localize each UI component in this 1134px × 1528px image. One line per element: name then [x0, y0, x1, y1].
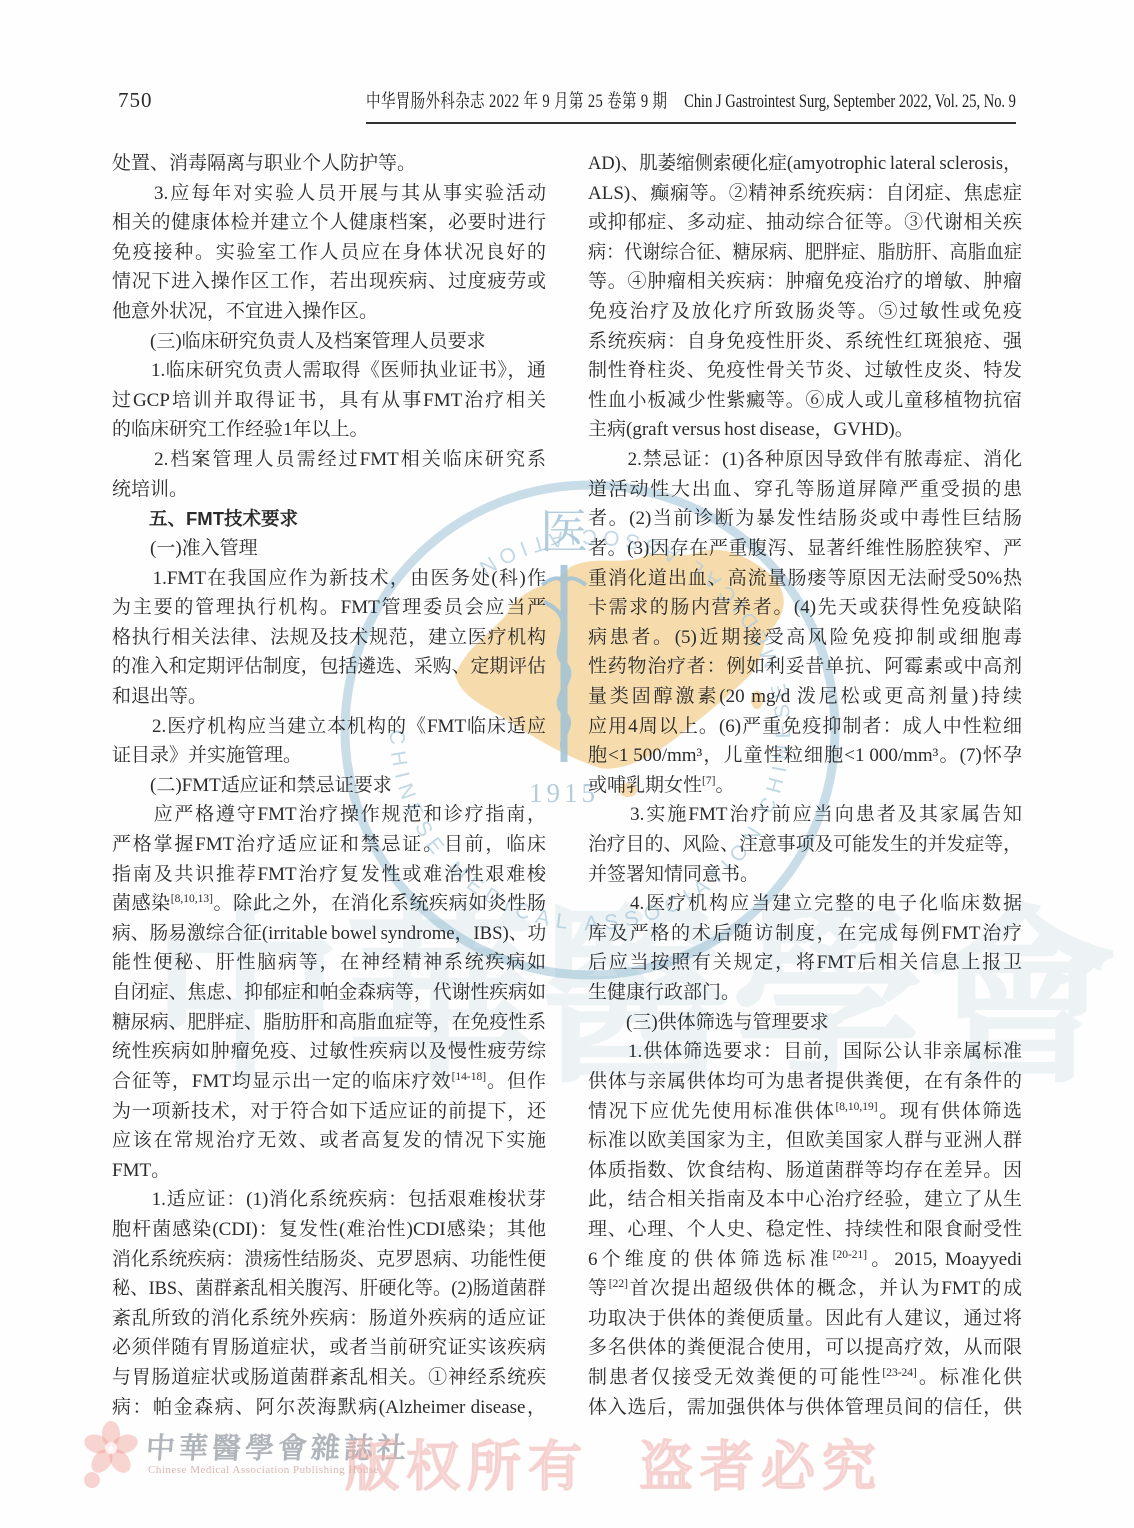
text-line: 为主要的管理执行机构。FMT管理委员会应当严	[112, 593, 546, 623]
text-line: 库及严格的术后随访制度，在完成每例FMT治疗	[588, 919, 1022, 949]
text-line: 严格掌握FMT治疗适应证和禁忌证。目前，临床	[112, 830, 546, 860]
left-column: 处置、消毒隔离与职业个人防护等。 3.应每年对实验人员开展与其从事实验活动相关的…	[112, 149, 546, 1422]
text-line: 指南及共识推荐FMT治疗复发性或难治性艰难梭	[112, 860, 546, 890]
text-line: 病：帕金森病、阿尔茨海默病(Alzheimer disease，	[112, 1393, 546, 1423]
text-line: 病、肠易激综合征(irritable bowel syndrome，IBS)、功	[112, 919, 540, 949]
text-line: 标准以欧美国家为主，但欧美国家人群与亚洲人群	[588, 1126, 1022, 1156]
text-line: 证目录》并实施管理。	[112, 741, 546, 771]
text-line: (一)准入管理	[112, 534, 546, 564]
text-line: FMT。	[112, 1156, 546, 1186]
text-line: 情况下应优先使用标准供体[8,10,19]。现有供体筛选	[588, 1097, 1022, 1127]
emblem-yi-char: 医	[540, 506, 588, 559]
right-column: AD)、肌萎缩侧索硬化症(amyotrophic lateral scleros…	[588, 149, 1022, 1422]
text-line: 系统疾病：自身免疫性肝炎、系统性红斑狼疮、强	[588, 327, 1022, 357]
journal-title-cn: 中华胃肠外科杂志 2022 年 9 月第 25 卷第 9 期	[366, 91, 667, 112]
text-line: 统性疾病如肿瘤免疫、过敏性疾病以及慢性疲劳综	[112, 1037, 546, 1067]
text-line: 能性便秘、肝性脑病等，在神经精神系统疾病如	[112, 948, 546, 978]
reference-superscript: [14-18]	[452, 1071, 487, 1083]
text-line: AD)、肌萎缩侧索硬化症(amyotrophic lateral scleros…	[588, 149, 1009, 179]
text-line: 1.临床研究负责人需取得《医师执业证书》，通	[112, 356, 546, 386]
text-line: 紊乱所致的消化系统外疾病：肠道外疾病的适应证	[112, 1304, 546, 1334]
copyright-watermark: 版权所有 盗者必究	[345, 1424, 883, 1501]
text-line: 必须伴随有胃肠道症状，或者当前研究证实该疾病	[112, 1333, 546, 1363]
text-line: 1.供体筛选要求：目前，国际公认非亲属标准	[588, 1037, 1022, 1067]
text-line: 供体与亲属供体均可为患者提供粪便，在有条件的	[588, 1067, 1022, 1097]
text-line: 五、FMT技术要求	[112, 504, 546, 534]
text-line: 处置、消毒隔离与职业个人防护等。	[112, 149, 546, 179]
text-line: 制性脊柱炎、免疫性骨关节炎、过敏性皮炎、特发	[588, 356, 1022, 386]
journal-header: 中华胃肠外科杂志 2022 年 9 月第 25 卷第 9 期Chin J Gas…	[366, 86, 1016, 124]
text-line: 他意外状况，不宜进入操作区。	[112, 297, 546, 327]
text-line: 相关的健康体检并建立个人健康档案，必要时进行	[112, 208, 546, 238]
text-line: 或抑郁症、多动症、抽动综合征等。③代谢相关疾	[588, 208, 1022, 238]
reference-superscript: [7]	[702, 775, 715, 787]
text-line: 病患者。(5)近期接受高风险免疫抑制或细胞毒	[588, 623, 1022, 653]
text-line: 道活动性大出血、穿孔等肠道屏障严重受损的患	[588, 475, 1022, 505]
text-line: 情况下进入操作区工作，若出现疾病、过度疲劳或	[112, 267, 546, 297]
text-line: 6个维度的供体筛选标准[20-21]。2015, Moayyedi	[588, 1245, 1022, 1275]
text-line: 菌感染[8,10,13]。除此之外，在消化系统疾病如炎性肠	[112, 889, 546, 919]
text-line: 体入选后，需加强供体与供体管理员间的信任，供	[588, 1393, 1022, 1423]
text-line: 后应当按照有关规定，将FMT后相关信息上报卫	[588, 948, 1022, 978]
text-line: 并签署知情同意书。	[588, 860, 1022, 890]
text-line: 合征等，FMT均显示出一定的临床疗效[14-18]。但作	[112, 1067, 546, 1097]
reference-superscript: [22]	[609, 1278, 628, 1290]
text-line: 等[22]首次提出超级供体的概念，并认为FMT的成	[588, 1274, 1022, 1304]
text-line: 性药物治疗者：例如利妥昔单抗、阿霉素或中高剂	[588, 652, 1022, 682]
publisher-name-cn: 中華醫學會雜誌社	[145, 1426, 412, 1467]
text-line: 应用4周以上。(6)严重免疫抑制者：成人中性粒细	[588, 712, 1022, 742]
text-line: 免疫接种。实验室工作人员应在身体状况良好的	[112, 238, 546, 268]
text-line: 和退出等。	[112, 682, 546, 712]
text-line: 糖尿病、肥胖症、脂肪肝和高脂血症等，在免疫性系	[112, 1008, 543, 1038]
text-line: 过GCP培训并取得证书，具有从事FMT治疗相关	[112, 386, 546, 416]
journal-title: 中华胃肠外科杂志 2022 年 9 月第 25 卷第 9 期Chin J Gas…	[366, 86, 1016, 113]
text-line: 病：代谢综合征、糖尿病、肥胖症、脂肪肝、高脂血症	[588, 238, 1001, 268]
text-line: 与胃肠道症状或肠道菌群紊乱相关。①神经系统疾	[112, 1363, 546, 1393]
text-line: 多名供体的粪便混合使用，可以提高疗效，从而限	[588, 1333, 1022, 1363]
text-line: 2.医疗机构应当建立本机构的《FMT临床适应	[112, 712, 546, 742]
text-line: 胞杆菌感染(CDI)：复发性(难治性)CDI感染；其他	[112, 1215, 546, 1245]
text-line: 2.档案管理人员需经过FMT相关临床研究系	[112, 445, 546, 475]
text-line: 3.应每年对实验人员开展与其从事实验活动	[112, 179, 546, 209]
text-line: 3.实施FMT治疗前应当向患者及其家属告知	[588, 800, 1022, 830]
publisher-logo: 中華醫學會雜誌社 Chinese Medical Association Pub…	[80, 1418, 500, 1498]
text-line: 统培训。	[112, 475, 546, 505]
text-line: (三)供体筛选与管理要求	[588, 1008, 1022, 1038]
text-line: 体质指数、饮食结构、肠道菌群等均存在差异。因	[588, 1156, 1022, 1186]
text-line: 2.禁忌证：(1)各种原因导致伴有脓毒症、消化	[588, 445, 1022, 475]
text-line: 1.适应证：(1)消化系统疾病：包括艰难梭状芽	[112, 1185, 546, 1215]
journal-title-en: Chin J Gastrointest Surg, September 2022…	[684, 91, 1016, 112]
text-line: 性血小板减少性紫癜等。⑥成人或儿童移植物抗宿	[588, 386, 1022, 416]
text-line: 此，结合相关指南及本中心治疗经验，建立了从生	[588, 1185, 1022, 1215]
text-line: (二)FMT适应证和禁忌证要求	[112, 771, 546, 801]
plum-blossom-icon	[80, 1418, 142, 1494]
text-line: 者。(2)当前诊断为暴发性结肠炎或中毒性巨结肠	[588, 504, 1022, 534]
text-line: 免疫治疗及放化疗所致肠炎等。⑤过敏性或免疫	[588, 297, 1022, 327]
text-line: 的临床研究工作经验1年以上。	[112, 415, 546, 445]
text-line: 重消化道出血、高流量肠瘘等原因无法耐受50%热	[588, 564, 1022, 594]
text-line: 应该在常规治疗无效、或者高复发的情况下实施	[112, 1126, 546, 1156]
publisher-name-en: Chinese Medical Association Publishing H…	[148, 1464, 379, 1476]
text-line: 制患者仅接受无效粪便的可能性[23-24]。标准化供	[588, 1363, 1022, 1393]
text-line: 卡需求的肠内营养者。(4)先天或获得性免疫缺陷	[588, 593, 1022, 623]
text-line: 或哺乳期女性[7]。	[588, 771, 1022, 801]
text-line: 秘、IBS、菌群紊乱相关腹泻、肝硬化等。(2)肠道菌群	[112, 1274, 530, 1304]
text-line: 生健康行政部门。	[588, 978, 1022, 1008]
text-line: 量类固醇激素(20 mg/d 泼尼松或更高剂量)持续	[588, 682, 1022, 712]
reference-superscript: [8,10,13]	[171, 893, 213, 905]
text-line: 胞<1 500/mm³，儿童性粒细胞<1 000/mm³。(7)怀孕	[588, 741, 1022, 771]
text-line: 的准入和定期评估制度，包括遴选、采购、定期评估	[112, 652, 543, 682]
text-line: 格执行相关法律、法规及技术规范，建立医疗机构	[112, 623, 546, 653]
text-line: 自闭症、焦虑、抑郁症和帕金森病等，代谢性疾病如	[112, 978, 543, 1008]
text-line: (三)临床研究负责人及档案管理人员要求	[112, 327, 546, 357]
text-line: 1.FMT在我国应作为新技术，由医务处(科)作	[112, 564, 546, 594]
text-line: 治疗目的、风险、注意事项及可能发生的并发症等，	[588, 830, 1019, 860]
text-line: 主病(graft versus host disease，GVHD)。	[588, 415, 1022, 445]
reference-superscript: [20-21]	[833, 1249, 868, 1261]
text-line: ALS)、癫痫等。②精神系统疾病：自闭症、焦虑症	[588, 179, 1022, 209]
text-line: 者。(3)因存在严重腹泻、显著纤维性肠腔狭窄、严	[588, 534, 1022, 564]
text-line: 为一项新技术，对于符合如下适应证的前提下，还	[112, 1097, 546, 1127]
reference-superscript: [8,10,19]	[835, 1101, 877, 1113]
caduceus-icon	[542, 565, 586, 762]
text-line: 功取决于供体的粪便质量。因此有人建议，通过将	[588, 1304, 1022, 1334]
page-number: 750	[118, 88, 153, 113]
reference-superscript: [23-24]	[882, 1367, 917, 1379]
text-line: 等。④肿瘤相关疾病：肿瘤免疫治疗的增敏、肿瘤	[588, 267, 1022, 297]
text-line: 理、心理、个人史、稳定性、持续性和限食耐受性	[588, 1215, 1022, 1245]
text-line: 4.医疗机构应当建立完整的电子化临床数据	[588, 889, 1022, 919]
text-line: 消化系统疾病：溃疡性结肠炎、克罗恩病、功能性便	[112, 1245, 543, 1275]
text-line: 应严格遵守FMT治疗操作规范和诊疗指南，	[112, 800, 546, 830]
